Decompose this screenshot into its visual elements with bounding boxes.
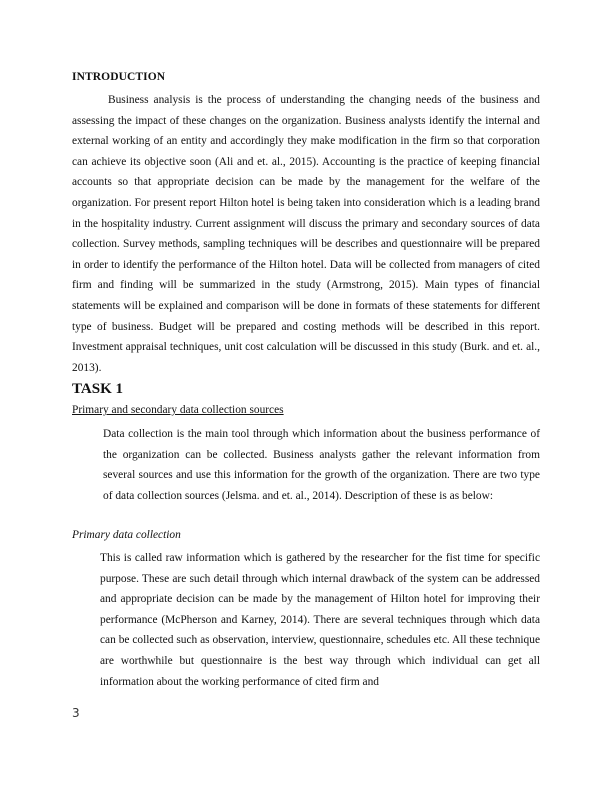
task-1-heading: TASK 1 [72, 381, 123, 398]
primary-data-collection-paragraph: This is called raw information which is … [100, 548, 540, 692]
introduction-paragraph: Business analysis is the process of unde… [72, 90, 540, 378]
data-collection-paragraph: Data collection is the main tool through… [103, 424, 540, 506]
introduction-heading: INTRODUCTION [72, 71, 165, 83]
page-number: 3 [72, 706, 80, 720]
document-page: INTRODUCTION Business analysis is the pr… [0, 0, 612, 792]
data-collection-sources-subheading: Primary and secondary data collection so… [72, 404, 284, 416]
primary-data-collection-heading: Primary data collection [72, 529, 181, 541]
